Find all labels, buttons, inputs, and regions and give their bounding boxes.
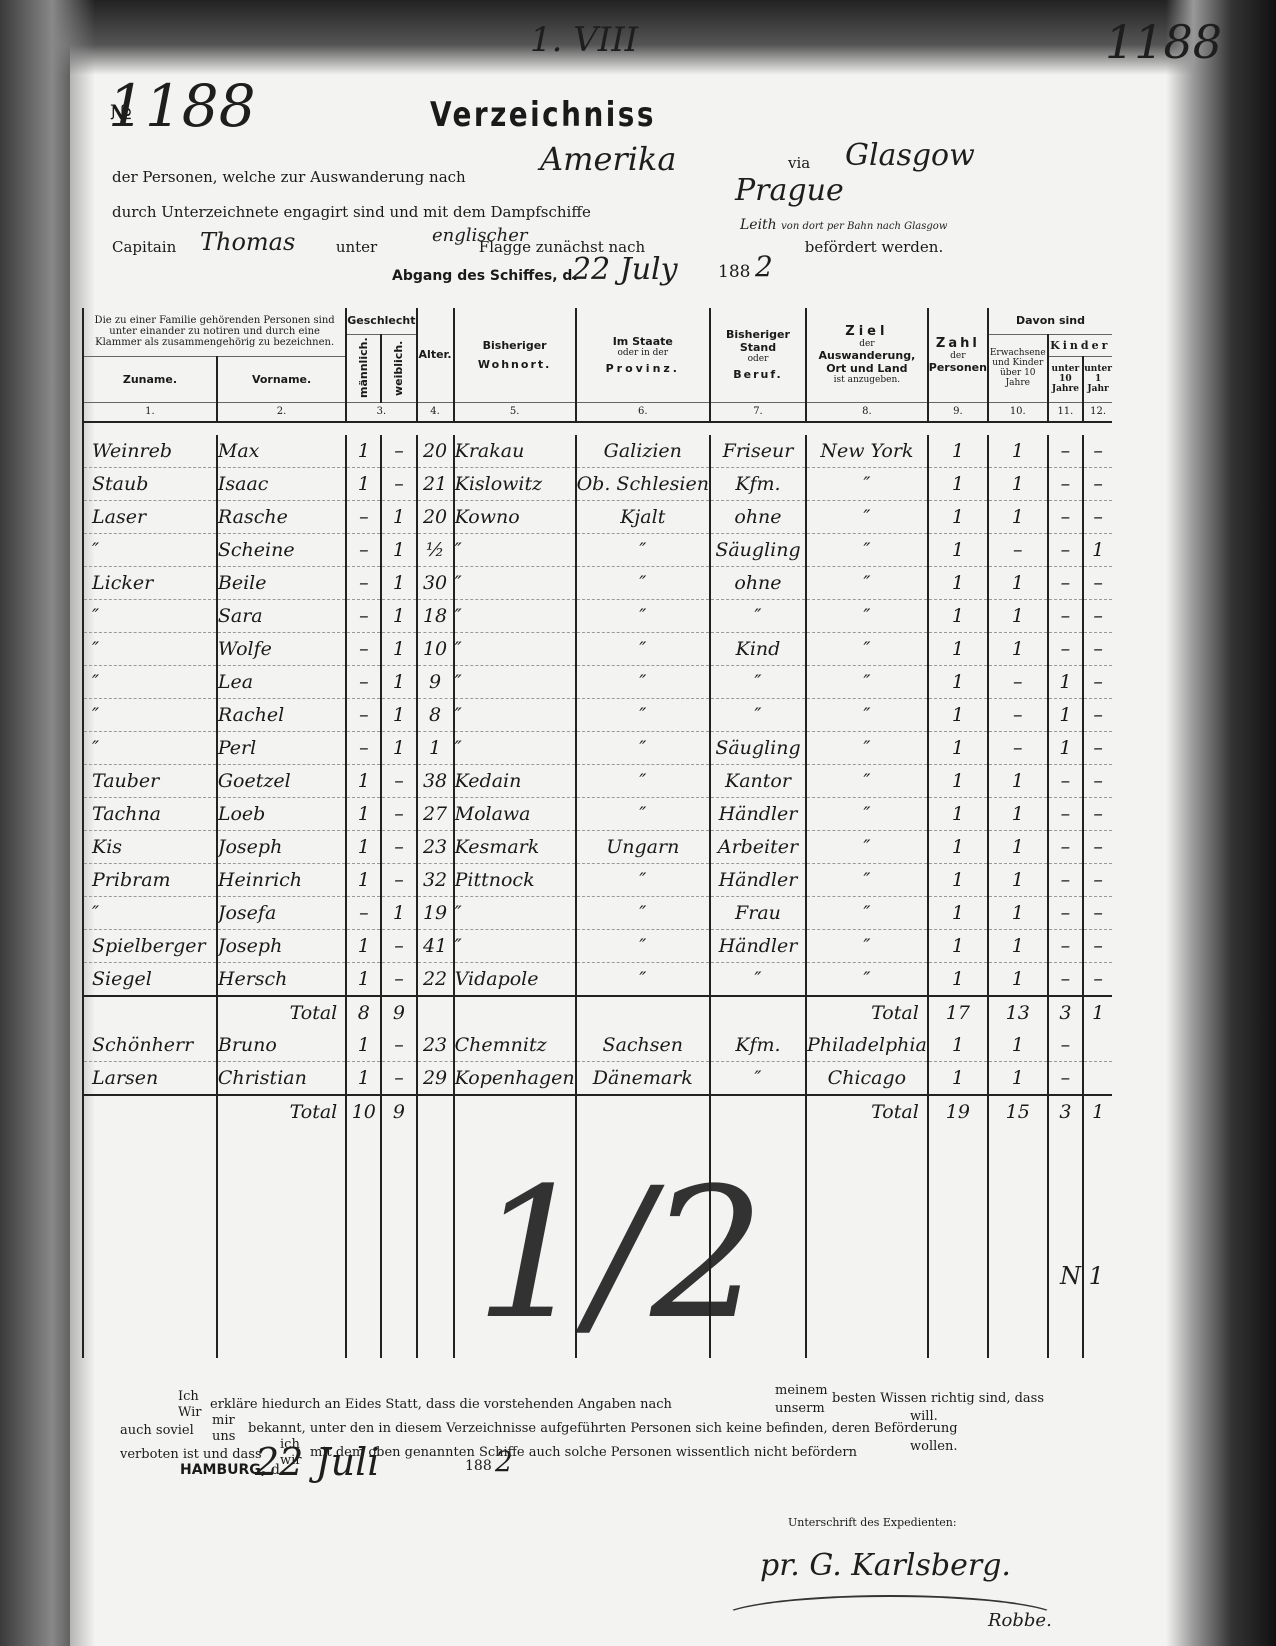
decl-wollen: wollen. bbox=[910, 1436, 957, 1458]
cell-zuname: ″ bbox=[83, 698, 217, 731]
cell-k1: – bbox=[1083, 435, 1112, 468]
col-header-under-10: unter 10 Jahre bbox=[1048, 356, 1084, 402]
cell-w: 1 bbox=[381, 599, 416, 632]
total-empty bbox=[417, 996, 454, 1029]
cell-k10: – bbox=[1048, 929, 1084, 962]
cell-ziel: ″ bbox=[806, 962, 928, 996]
table-row: TauberGoetzel1–38Kedain″Kantor″11–– bbox=[83, 764, 1112, 797]
col-header-residence: BisherigerWohnort. bbox=[454, 308, 576, 402]
cell-ziel: ″ bbox=[806, 896, 928, 929]
total-empty bbox=[576, 996, 710, 1029]
cell-vorname: Scheine bbox=[217, 533, 346, 566]
cell-zahl: 1 bbox=[928, 665, 988, 698]
total-m: 8 bbox=[346, 996, 381, 1029]
cell-alter: 9 bbox=[417, 665, 454, 698]
cell-zahl: 1 bbox=[928, 830, 988, 863]
col-header-count-3: Personen bbox=[929, 361, 987, 374]
cell-ziel: ″ bbox=[806, 566, 928, 599]
col-header-surname: Zuname. bbox=[83, 356, 217, 402]
col-header-residence-2: Wohnort. bbox=[455, 358, 575, 371]
cell-zuname: ″ bbox=[83, 896, 217, 929]
cell-vorname: Joseph bbox=[217, 830, 346, 863]
cell-k10: – bbox=[1048, 797, 1084, 830]
cell-alter: 22 bbox=[417, 962, 454, 996]
col-num-4: 4. bbox=[417, 402, 454, 422]
total-empty bbox=[417, 1095, 454, 1128]
cell-wohnort: Kedain bbox=[454, 764, 576, 797]
cell-wohnort: Molawa bbox=[454, 797, 576, 830]
cell-m: – bbox=[346, 566, 381, 599]
cell-k10: – bbox=[1048, 599, 1084, 632]
cell-ziel: ″ bbox=[806, 929, 928, 962]
table-row: KisJoseph1–23KesmarkUngarnArbeiter″11–– bbox=[83, 830, 1112, 863]
first-port-name: Leith bbox=[740, 217, 777, 233]
cell-vorname: Bruno bbox=[217, 1029, 346, 1062]
blank-cell bbox=[806, 1128, 928, 1358]
cell-erw: 1 bbox=[988, 435, 1048, 468]
cell-ziel: ″ bbox=[806, 665, 928, 698]
cell-ziel: ″ bbox=[806, 797, 928, 830]
col-header-davon-sind: Davon sind bbox=[988, 308, 1112, 334]
cell-w: 1 bbox=[381, 632, 416, 665]
cell-wohnort: Kislowitz bbox=[454, 467, 576, 500]
cell-m: – bbox=[346, 731, 381, 764]
family-note: Die zu einer Familie gehörenden Personen… bbox=[83, 308, 346, 356]
cell-erw: 1 bbox=[988, 896, 1048, 929]
blank-cell bbox=[381, 1128, 416, 1358]
cell-m: – bbox=[346, 896, 381, 929]
col-header-destination-4: ist anzugeben. bbox=[807, 375, 927, 385]
cell-k1: – bbox=[1083, 467, 1112, 500]
cell-staat: Kjalt bbox=[576, 500, 710, 533]
cell-vorname: Hersch bbox=[217, 962, 346, 996]
cell-m: 1 bbox=[346, 929, 381, 962]
cell-k10: – bbox=[1048, 632, 1084, 665]
table-row: WeinrebMax1–20KrakauGalizienFriseurNew Y… bbox=[83, 435, 1112, 468]
decl-will: will. bbox=[910, 1406, 938, 1428]
cell-k1: – bbox=[1083, 632, 1112, 665]
decl-line2: bekannt, unter den in diesem Verzeichnis… bbox=[248, 1418, 958, 1440]
cell-zahl: 1 bbox=[928, 731, 988, 764]
total-k10: 3 bbox=[1048, 1095, 1084, 1128]
col-header-count: ZahlderPersonen bbox=[928, 308, 988, 402]
cell-beruf: ohne bbox=[710, 500, 806, 533]
cell-zuname: ″ bbox=[83, 599, 217, 632]
cell-wohnort: ″ bbox=[454, 599, 576, 632]
cell-k10: – bbox=[1048, 566, 1084, 599]
blank-cell bbox=[417, 1128, 454, 1358]
total-empty bbox=[83, 996, 217, 1029]
cell-erw: 1 bbox=[988, 830, 1048, 863]
cell-k10: – bbox=[1048, 500, 1084, 533]
col-header-occupation-2: oder bbox=[711, 354, 805, 364]
cell-zahl: 1 bbox=[928, 599, 988, 632]
cell-zahl: 1 bbox=[928, 566, 988, 599]
col-header-age: Alter. bbox=[417, 308, 454, 402]
cell-alter: 30 bbox=[417, 566, 454, 599]
cell-ziel: ″ bbox=[806, 467, 928, 500]
cell-k10: 1 bbox=[1048, 665, 1084, 698]
cell-zahl: 1 bbox=[928, 863, 988, 896]
cell-alter: 1 bbox=[417, 731, 454, 764]
cell-wohnort: Kesmark bbox=[454, 830, 576, 863]
table-row: LaserRasche–120KownoKjaltohne″11–– bbox=[83, 500, 1112, 533]
header-line-2: durch Unterzeichnete engagirt sind und m… bbox=[112, 203, 591, 221]
total-row: Total109Total191531 bbox=[83, 1095, 1112, 1128]
under-label: unter bbox=[336, 238, 377, 256]
cell-beruf: Händler bbox=[710, 797, 806, 830]
col-header-occupation-1: Bisheriger Stand bbox=[711, 328, 805, 354]
decl-line2-start: auch soviel bbox=[120, 1420, 194, 1442]
small-mark-annotation: N 1 bbox=[1060, 1262, 1104, 1290]
cell-wohnort: Vidapole bbox=[454, 962, 576, 996]
cell-w: – bbox=[381, 467, 416, 500]
cell-k1: – bbox=[1083, 929, 1112, 962]
col-header-destination: ZielderAuswanderung, Ort und Landist anz… bbox=[806, 308, 928, 402]
cell-staat: ″ bbox=[576, 929, 710, 962]
total-m: 10 bbox=[346, 1095, 381, 1128]
departure-date: 22 July bbox=[572, 252, 678, 287]
total-erw: 13 bbox=[988, 996, 1048, 1029]
cell-beruf: Säugling bbox=[710, 731, 806, 764]
cell-k10: – bbox=[1048, 467, 1084, 500]
cell-k1: – bbox=[1083, 830, 1112, 863]
cell-vorname: Rasche bbox=[217, 500, 346, 533]
cell-erw: 1 bbox=[988, 962, 1048, 996]
blank-cell bbox=[1083, 1128, 1112, 1358]
table-row: ″Lea–19″″″″1–1– bbox=[83, 665, 1112, 698]
total-w: 9 bbox=[381, 996, 416, 1029]
col-num-9: 9. bbox=[928, 402, 988, 422]
total-w: 9 bbox=[381, 1095, 416, 1128]
cell-zuname: Tachna bbox=[83, 797, 217, 830]
cell-zuname: Staub bbox=[83, 467, 217, 500]
cell-erw: – bbox=[988, 665, 1048, 698]
departure-label: Abgang des Schiffes, d. bbox=[392, 268, 578, 284]
scan-shadow-left bbox=[0, 0, 95, 1646]
col-header-count-1: Zahl bbox=[929, 336, 987, 351]
cell-beruf: ″ bbox=[710, 698, 806, 731]
via-port: Glasgow bbox=[845, 138, 975, 173]
cell-vorname: Beile bbox=[217, 566, 346, 599]
cell-staat: Dänemark bbox=[576, 1061, 710, 1095]
cell-zahl: 1 bbox=[928, 1061, 988, 1095]
ship-name: Prague bbox=[735, 173, 844, 208]
cell-k1 bbox=[1083, 1061, 1112, 1095]
blank-cell bbox=[217, 1128, 346, 1358]
cell-m: 1 bbox=[346, 863, 381, 896]
blank-cell bbox=[988, 1128, 1048, 1358]
total-zahl: 19 bbox=[928, 1095, 988, 1128]
cell-zahl: 1 bbox=[928, 1029, 988, 1062]
table-row: PribramHeinrich1–32Pittnock″Händler″11–– bbox=[83, 863, 1112, 896]
cell-alter: 27 bbox=[417, 797, 454, 830]
col-header-children: Kinder bbox=[1048, 334, 1112, 356]
col-num-10: 10. bbox=[988, 402, 1048, 422]
cell-zahl: 1 bbox=[928, 435, 988, 468]
record-number-right: 1188 bbox=[1105, 15, 1222, 69]
departure-year-hand: 2 bbox=[755, 250, 773, 283]
col-header-female: weiblich. bbox=[381, 334, 416, 402]
cell-alter: 18 bbox=[417, 599, 454, 632]
total-label-right: Total bbox=[806, 1095, 928, 1128]
destination: Amerika bbox=[540, 140, 676, 178]
cell-w: 1 bbox=[381, 698, 416, 731]
cell-w: – bbox=[381, 1061, 416, 1095]
place-name: HAMBURG, bbox=[180, 1462, 266, 1478]
cell-zuname: ″ bbox=[83, 533, 217, 566]
cell-ziel: ″ bbox=[806, 500, 928, 533]
table-row: ″Rachel–18″″″″1–1– bbox=[83, 698, 1112, 731]
table-row: SiegelHersch1–22Vidapole″″″11–– bbox=[83, 962, 1112, 996]
cell-beruf: Arbeiter bbox=[710, 830, 806, 863]
total-label-right: Total bbox=[806, 996, 928, 1029]
cell-wohnort: Pittnock bbox=[454, 863, 576, 896]
cell-staat: ″ bbox=[576, 566, 710, 599]
cell-k1: – bbox=[1083, 962, 1112, 996]
cell-ziel: ″ bbox=[806, 731, 928, 764]
cell-m: – bbox=[346, 698, 381, 731]
cell-k10: – bbox=[1048, 962, 1084, 996]
cell-alter: ½ bbox=[417, 533, 454, 566]
cell-m: 1 bbox=[346, 1029, 381, 1062]
cell-m: 1 bbox=[346, 797, 381, 830]
cell-erw: 1 bbox=[988, 632, 1048, 665]
cell-wohnort: ″ bbox=[454, 896, 576, 929]
cell-zuname: Spielberger bbox=[83, 929, 217, 962]
cell-zuname: Kis bbox=[83, 830, 217, 863]
cell-ziel: ″ bbox=[806, 764, 928, 797]
col-header-state: Im Staateoder in derProvinz. bbox=[576, 308, 710, 402]
cell-beruf: Kind bbox=[710, 632, 806, 665]
cell-m: 1 bbox=[346, 830, 381, 863]
cell-w: 1 bbox=[381, 500, 416, 533]
cell-m: 1 bbox=[346, 467, 381, 500]
cell-staat: ″ bbox=[576, 863, 710, 896]
table-row: ″Wolfe–110″″Kind″11–– bbox=[83, 632, 1112, 665]
cell-vorname: Joseph bbox=[217, 929, 346, 962]
cell-beruf: ″ bbox=[710, 1061, 806, 1095]
cell-ziel: Philadelphia bbox=[806, 1029, 928, 1062]
col-num-8: 8. bbox=[806, 402, 928, 422]
cell-w: – bbox=[381, 830, 416, 863]
signature-secondary: Robbe. bbox=[988, 1610, 1052, 1631]
cell-vorname: Heinrich bbox=[217, 863, 346, 896]
cell-staat: Ob. Schlesien bbox=[576, 467, 710, 500]
cell-w: 1 bbox=[381, 533, 416, 566]
cell-vorname: Goetzel bbox=[217, 764, 346, 797]
cell-zahl: 1 bbox=[928, 500, 988, 533]
cell-ziel: Chicago bbox=[806, 1061, 928, 1095]
col-num-5: 5. bbox=[454, 402, 576, 422]
col-num-1: 1. bbox=[83, 402, 217, 422]
record-number-left: 1188 bbox=[108, 72, 256, 140]
cell-vorname: Josefa bbox=[217, 896, 346, 929]
col-header-destination-1: Ziel bbox=[807, 324, 927, 339]
cell-staat: Ungarn bbox=[576, 830, 710, 863]
col-num-6: 6. bbox=[576, 402, 710, 422]
cell-wohnort: ″ bbox=[454, 731, 576, 764]
decl-line3: mit dem oben genannten Schiffe auch solc… bbox=[310, 1442, 857, 1464]
cell-erw: 1 bbox=[988, 929, 1048, 962]
cell-k10: – bbox=[1048, 764, 1084, 797]
cell-zuname: Siegel bbox=[83, 962, 217, 996]
cell-staat: ″ bbox=[576, 731, 710, 764]
cell-k1: – bbox=[1083, 698, 1112, 731]
cell-k1: – bbox=[1083, 863, 1112, 896]
cell-k1 bbox=[1083, 1029, 1112, 1062]
cell-k10: – bbox=[1048, 533, 1084, 566]
via-label: via bbox=[788, 154, 810, 172]
cell-k1: – bbox=[1083, 764, 1112, 797]
cell-k10: 1 bbox=[1048, 698, 1084, 731]
cell-zahl: 1 bbox=[928, 929, 988, 962]
cell-k1: – bbox=[1083, 665, 1112, 698]
cell-w: 1 bbox=[381, 665, 416, 698]
col-header-count-2: der bbox=[929, 351, 987, 361]
cell-ziel: New York bbox=[806, 435, 928, 468]
cell-beruf: Händler bbox=[710, 863, 806, 896]
cell-vorname: Christian bbox=[217, 1061, 346, 1095]
cell-staat: ″ bbox=[576, 764, 710, 797]
cell-beruf: Händler bbox=[710, 929, 806, 962]
cell-staat: Galizien bbox=[576, 435, 710, 468]
cell-vorname: Perl bbox=[217, 731, 346, 764]
decl-line1-end: besten Wissen richtig sind, dass bbox=[832, 1388, 1044, 1410]
cell-k1: – bbox=[1083, 731, 1112, 764]
total-erw: 15 bbox=[988, 1095, 1048, 1128]
table-row: StaubIsaac1–21KislowitzOb. SchlesienKfm.… bbox=[83, 467, 1112, 500]
signing-year-printed: 188 bbox=[465, 1458, 492, 1474]
cell-k1: – bbox=[1083, 500, 1112, 533]
cell-k1: – bbox=[1083, 896, 1112, 929]
cell-staat: ″ bbox=[576, 797, 710, 830]
cell-erw: 1 bbox=[988, 797, 1048, 830]
blank-cell bbox=[1048, 1128, 1084, 1358]
col-header-state-3: Provinz. bbox=[577, 362, 709, 375]
cell-staat: ″ bbox=[576, 632, 710, 665]
table-row: LickerBeile–130″″ohne″11–– bbox=[83, 566, 1112, 599]
cell-ziel: ″ bbox=[806, 698, 928, 731]
col-header-state-1: Im Staate bbox=[577, 335, 709, 348]
cell-k10: – bbox=[1048, 1061, 1084, 1095]
total-zahl: 17 bbox=[928, 996, 988, 1029]
cell-beruf: Frau bbox=[710, 896, 806, 929]
cell-k10: – bbox=[1048, 1029, 1084, 1062]
col-header-destination-2: der bbox=[807, 339, 927, 349]
cell-staat: ″ bbox=[576, 533, 710, 566]
blank-cell bbox=[83, 1128, 217, 1358]
cell-zahl: 1 bbox=[928, 467, 988, 500]
col-num-11: 11. bbox=[1048, 402, 1084, 422]
col-header-destination-3: Auswanderung, Ort und Land bbox=[807, 349, 927, 375]
col-header-residence-1: Bisheriger bbox=[455, 339, 575, 352]
cell-erw: 1 bbox=[988, 1029, 1048, 1062]
col-header-adults: Erwachsene und Kinder über 10 Jahre bbox=[988, 334, 1048, 402]
cell-k10: – bbox=[1048, 435, 1084, 468]
col-header-state-2: oder in der bbox=[577, 348, 709, 358]
cell-erw: – bbox=[988, 533, 1048, 566]
cell-staat: ″ bbox=[576, 665, 710, 698]
cell-alter: 23 bbox=[417, 1029, 454, 1062]
cell-zuname: Pribram bbox=[83, 863, 217, 896]
cell-w: – bbox=[381, 797, 416, 830]
table-row: SpielbergerJoseph1–41″″Händler″11–– bbox=[83, 929, 1112, 962]
cell-erw: – bbox=[988, 698, 1048, 731]
total-row: Total89Total171331 bbox=[83, 996, 1112, 1029]
cell-staat: ″ bbox=[576, 599, 710, 632]
cell-wohnort: ″ bbox=[454, 698, 576, 731]
cell-m: 1 bbox=[346, 962, 381, 996]
cell-zahl: 1 bbox=[928, 962, 988, 996]
cell-zuname: Laser bbox=[83, 500, 217, 533]
cell-vorname: Rachel bbox=[217, 698, 346, 731]
cell-w: – bbox=[381, 435, 416, 468]
cell-k1: – bbox=[1083, 797, 1112, 830]
cell-wohnort: Chemnitz bbox=[454, 1029, 576, 1062]
cell-k10: – bbox=[1048, 863, 1084, 896]
cell-w: – bbox=[381, 863, 416, 896]
captain-name: Thomas bbox=[200, 228, 295, 256]
total-k1: 1 bbox=[1083, 1095, 1112, 1128]
cell-alter: 19 bbox=[417, 896, 454, 929]
cell-beruf: ″ bbox=[710, 962, 806, 996]
cell-alter: 38 bbox=[417, 764, 454, 797]
cell-zuname: ″ bbox=[83, 731, 217, 764]
table-row: TachnaLoeb1–27Molawa″Händler″11–– bbox=[83, 797, 1112, 830]
cell-ziel: ″ bbox=[806, 830, 928, 863]
cell-vorname: Loeb bbox=[217, 797, 346, 830]
captain-label: Capitain bbox=[112, 238, 176, 256]
signature: pr. G. Karlsberg. bbox=[760, 1548, 1011, 1583]
cell-vorname: Sara bbox=[217, 599, 346, 632]
cell-w: 1 bbox=[381, 896, 416, 929]
col-header-sex: Geschlecht bbox=[346, 308, 416, 334]
cell-zuname: ″ bbox=[83, 665, 217, 698]
cell-erw: 1 bbox=[988, 863, 1048, 896]
decl-line1: erkläre hiedurch an Eides Statt, dass di… bbox=[210, 1394, 672, 1416]
cell-erw: 1 bbox=[988, 467, 1048, 500]
col-header-under-1: unter 1 Jahr bbox=[1083, 356, 1112, 402]
cell-alter: 29 bbox=[417, 1061, 454, 1095]
cell-zuname: Larsen bbox=[83, 1061, 217, 1095]
cell-beruf: Kfm. bbox=[710, 1029, 806, 1062]
signature-label: Unterschrift des Expedienten: bbox=[788, 1516, 957, 1529]
cell-wohnort: ″ bbox=[454, 665, 576, 698]
cell-wohnort: Kopenhagen bbox=[454, 1061, 576, 1095]
cell-k10: – bbox=[1048, 830, 1084, 863]
cell-erw: 1 bbox=[988, 599, 1048, 632]
col-header-firstname: Vorname. bbox=[217, 356, 346, 402]
total-label-left: Total bbox=[217, 1095, 346, 1128]
col-header-male: männlich. bbox=[346, 334, 381, 402]
cell-erw: 1 bbox=[988, 500, 1048, 533]
total-empty bbox=[710, 1095, 806, 1128]
cell-w: 1 bbox=[381, 566, 416, 599]
cell-m: 1 bbox=[346, 435, 381, 468]
cell-vorname: Max bbox=[217, 435, 346, 468]
total-k1: 1 bbox=[1083, 996, 1112, 1029]
cell-zuname: Licker bbox=[83, 566, 217, 599]
table-row: ″Perl–11″″Säugling″1–1– bbox=[83, 731, 1112, 764]
cell-k1: – bbox=[1083, 566, 1112, 599]
cell-beruf: ohne bbox=[710, 566, 806, 599]
col-header-occupation-3: Beruf. bbox=[711, 368, 805, 381]
cell-zahl: 1 bbox=[928, 797, 988, 830]
cell-zahl: 1 bbox=[928, 698, 988, 731]
document-title: Verzeichniss bbox=[430, 95, 656, 135]
cell-zuname: ″ bbox=[83, 632, 217, 665]
